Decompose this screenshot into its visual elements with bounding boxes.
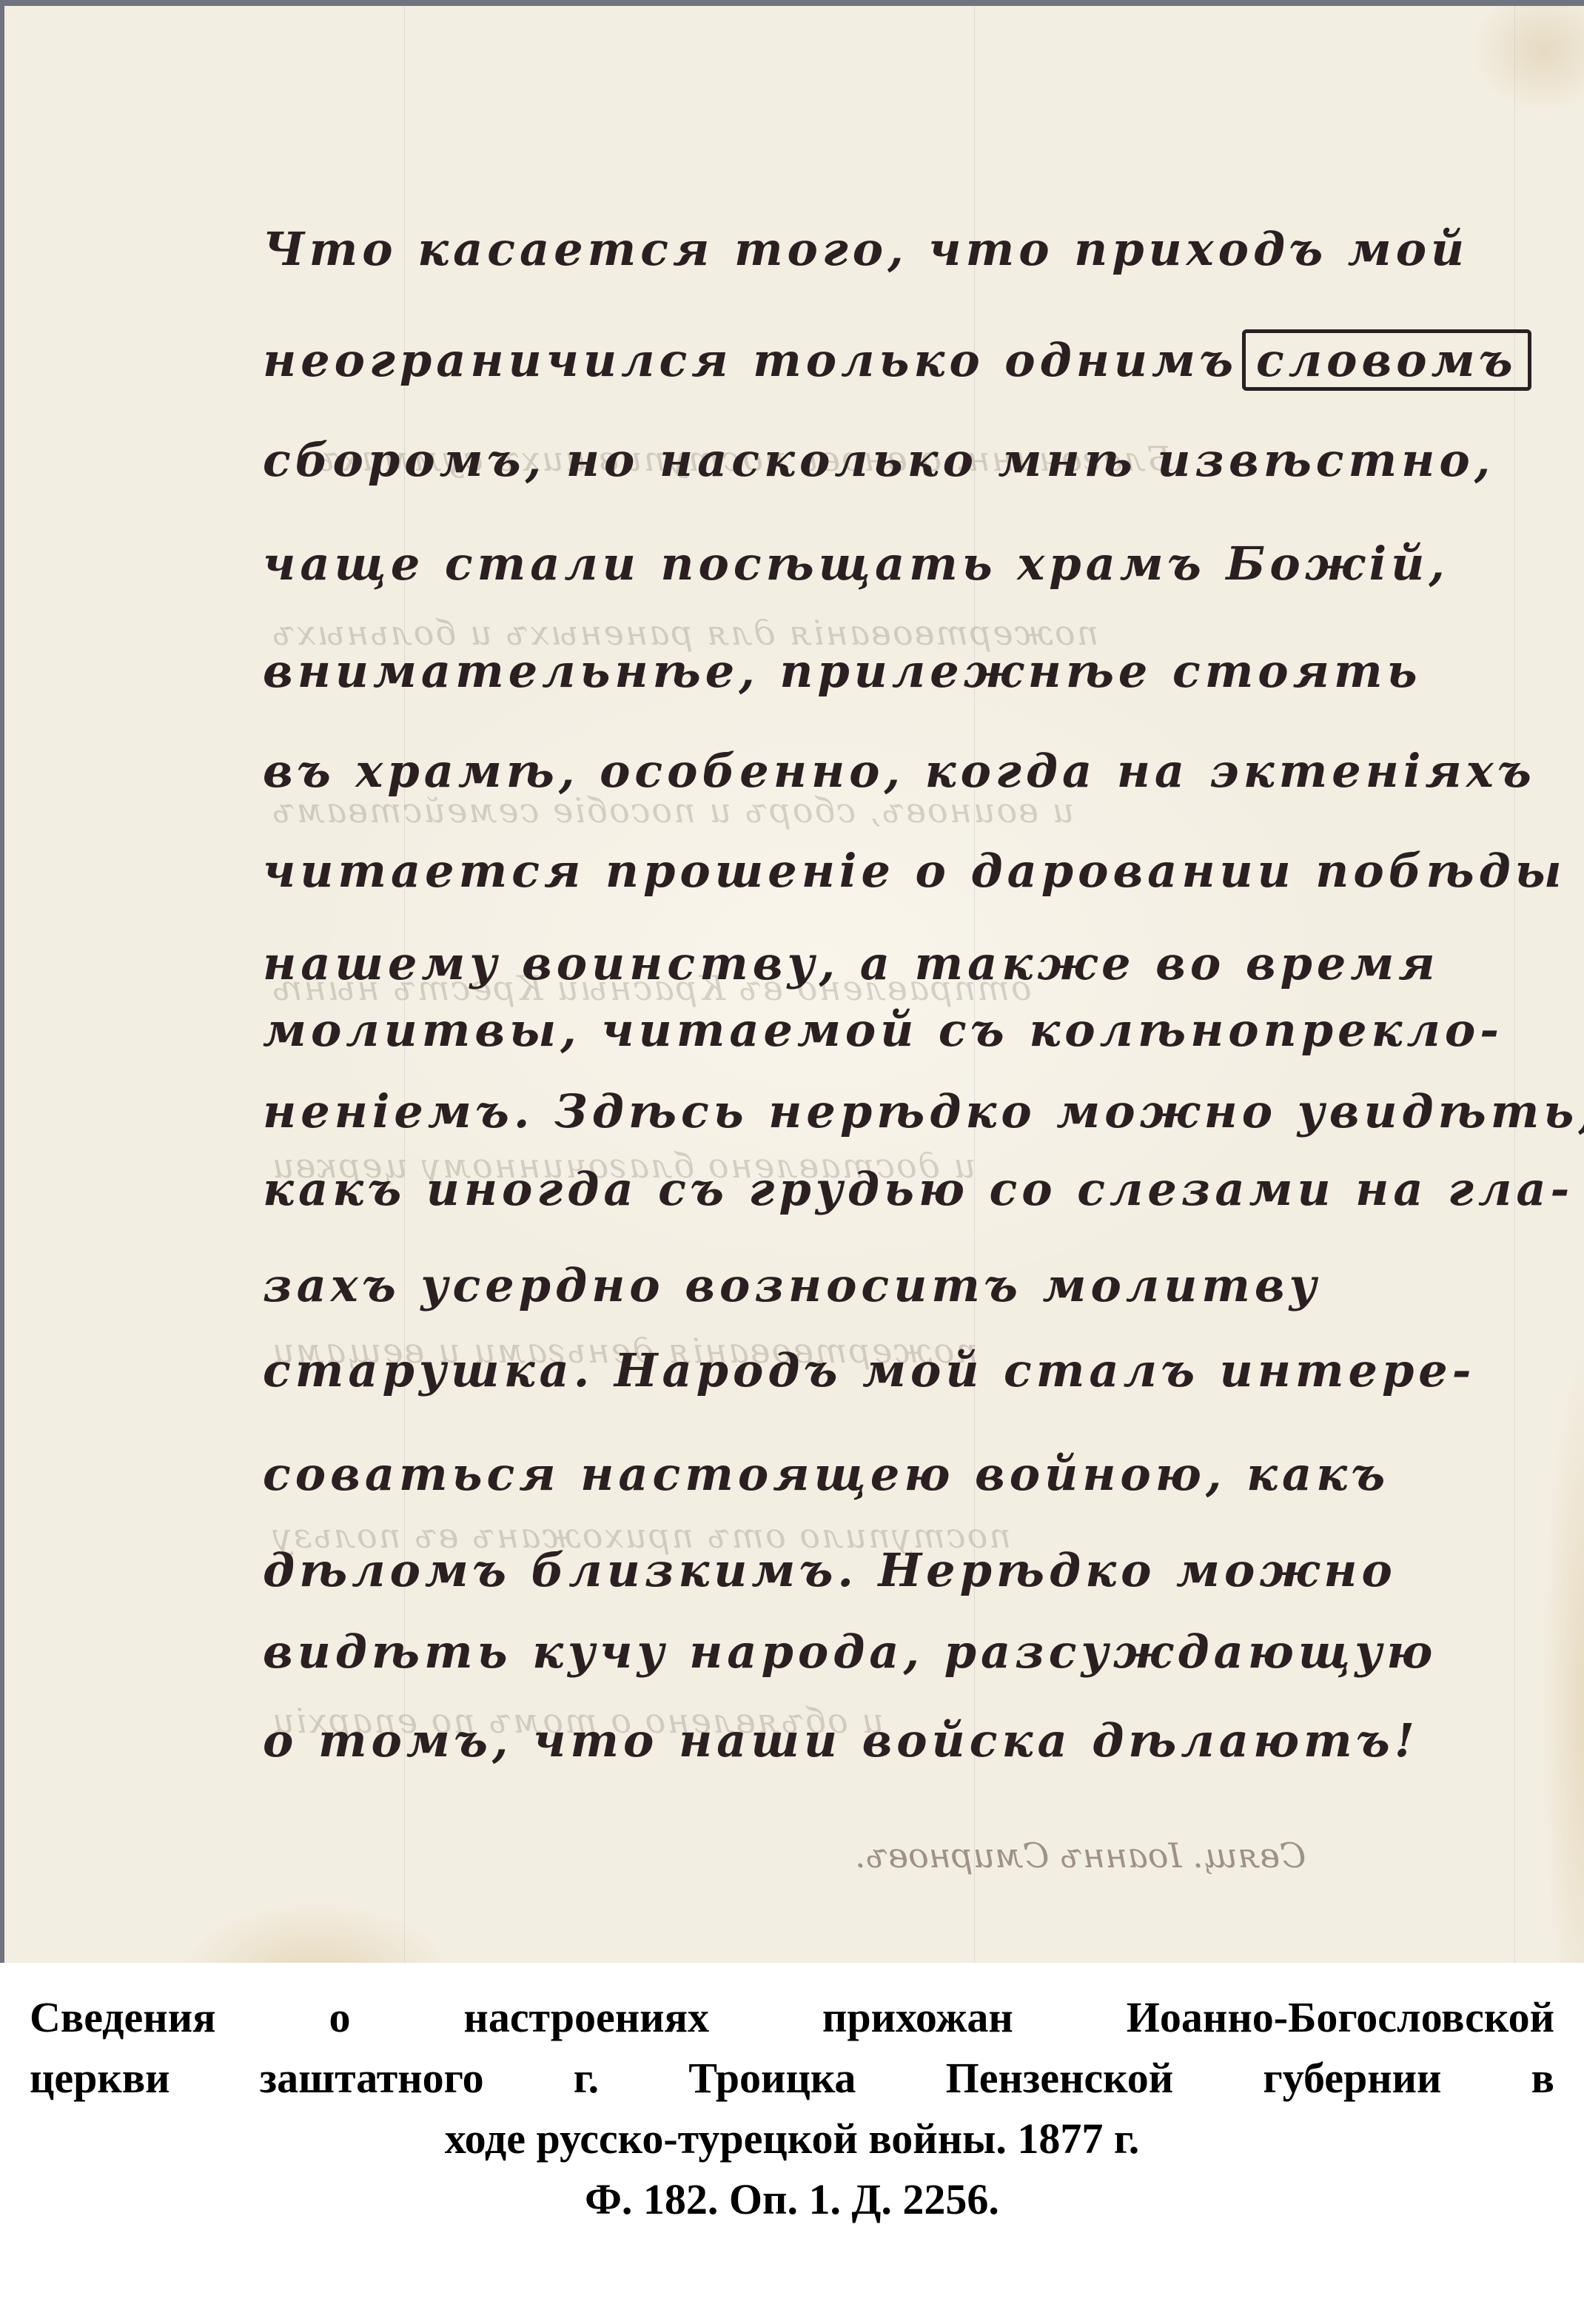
ruling-line bbox=[1514, 6, 1515, 1963]
caption-line-3: ходе русско-турецкой войны. 1877 г. bbox=[30, 2109, 1554, 2169]
manuscript-line: дѣломъ близкимъ. Нерѣдко можно bbox=[263, 1543, 1397, 1597]
boxed-word: словомъ bbox=[1242, 329, 1531, 391]
manuscript-line: соваться настоящею войною, какъ bbox=[263, 1447, 1389, 1501]
caption-line-1: Сведения о настроениях прихожан Иоанно-Б… bbox=[30, 1987, 1554, 2048]
manuscript-line: читается прошеніе о даровании побѣды bbox=[263, 844, 1566, 898]
manuscript-line: неограничился только однимъсловомъ bbox=[263, 333, 1531, 387]
archive-reference: Ф. 182. Оп. 1. Д. 2256. bbox=[30, 2169, 1554, 2230]
manuscript-line: Что касается того, что приходъ мой bbox=[263, 222, 1469, 276]
manuscript-line: старушка. Народъ мой сталъ интере- bbox=[263, 1343, 1475, 1397]
manuscript-line: захъ усердно возноситъ молитву bbox=[263, 1258, 1321, 1312]
bleed-through-signature: Свящ. Іоаннъ Смирновъ. bbox=[855, 1836, 1306, 1875]
manuscript-line: неніемъ. Здѣсь нерѣдко можно увидѣть, bbox=[263, 1084, 1584, 1138]
manuscript-line: видѣть кучу народа, разсуждающую bbox=[263, 1625, 1437, 1679]
manuscript-line: чаще стали посѣщать храмъ Божій, bbox=[263, 537, 1449, 591]
caption: Сведения о настроениях прихожан Иоанно-Б… bbox=[30, 1987, 1554, 2230]
manuscript-line: о томъ, что наши войска дѣлаютъ! bbox=[263, 1713, 1419, 1767]
manuscript-line: нашему воинству, а также во время bbox=[263, 936, 1440, 990]
manuscript-line: сборомъ, но насколько мнѣ извѣстно, bbox=[263, 433, 1494, 487]
manuscript-line: какъ иногда съ грудью со слезами на гла- bbox=[263, 1162, 1574, 1216]
manuscript-line-text: неограничился только однимъ bbox=[263, 333, 1238, 387]
caption-line-2: церкви заштатного г. Троицка Пензенской … bbox=[30, 2048, 1554, 2109]
manuscript-line: внимательнѣе, прилежнѣе стоять bbox=[263, 644, 1422, 698]
manuscript-line: въ храмѣ, особенно, когда на эктеніяхъ bbox=[263, 744, 1536, 798]
manuscript-line: молитвы, читаемой съ колѣнопрекло- bbox=[263, 1003, 1503, 1057]
